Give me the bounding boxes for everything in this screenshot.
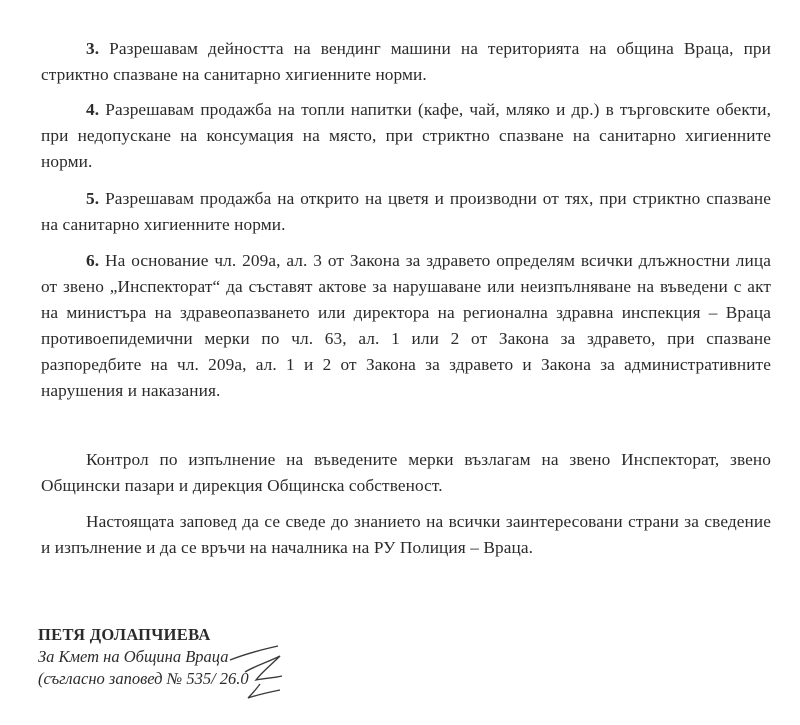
paragraph-text: На основание чл. 209а, ал. 3 от Закона з… bbox=[41, 251, 771, 400]
control-paragraph: Контрол по изпълнение на въведените мерк… bbox=[41, 447, 771, 499]
paragraph-text: Разрешавам дейността на вендинг машини н… bbox=[41, 39, 771, 84]
handwritten-signature-icon bbox=[200, 640, 290, 700]
paragraph-text: Разрешавам продажба на топли напитки (ка… bbox=[41, 100, 771, 171]
paragraph-number: 5. bbox=[86, 189, 99, 208]
paragraph-number: 6. bbox=[86, 251, 99, 270]
paragraph-text: Разрешавам продажба на открито на цветя … bbox=[41, 189, 771, 234]
paragraph-5: 5. Разрешавам продажба на открито на цве… bbox=[41, 186, 771, 238]
paragraph-6: 6. На основание чл. 209а, ал. 3 от Закон… bbox=[41, 248, 771, 404]
paragraph-4: 4. Разрешавам продажба на топли напитки … bbox=[41, 97, 771, 175]
paragraph-number: 3. bbox=[86, 39, 99, 58]
paragraph-3: 3. Разрешавам дейността на вендинг машин… bbox=[41, 36, 771, 88]
paragraph-number: 4. bbox=[86, 100, 99, 119]
notice-paragraph: Настоящата заповед да се сведе до знание… bbox=[41, 509, 771, 561]
